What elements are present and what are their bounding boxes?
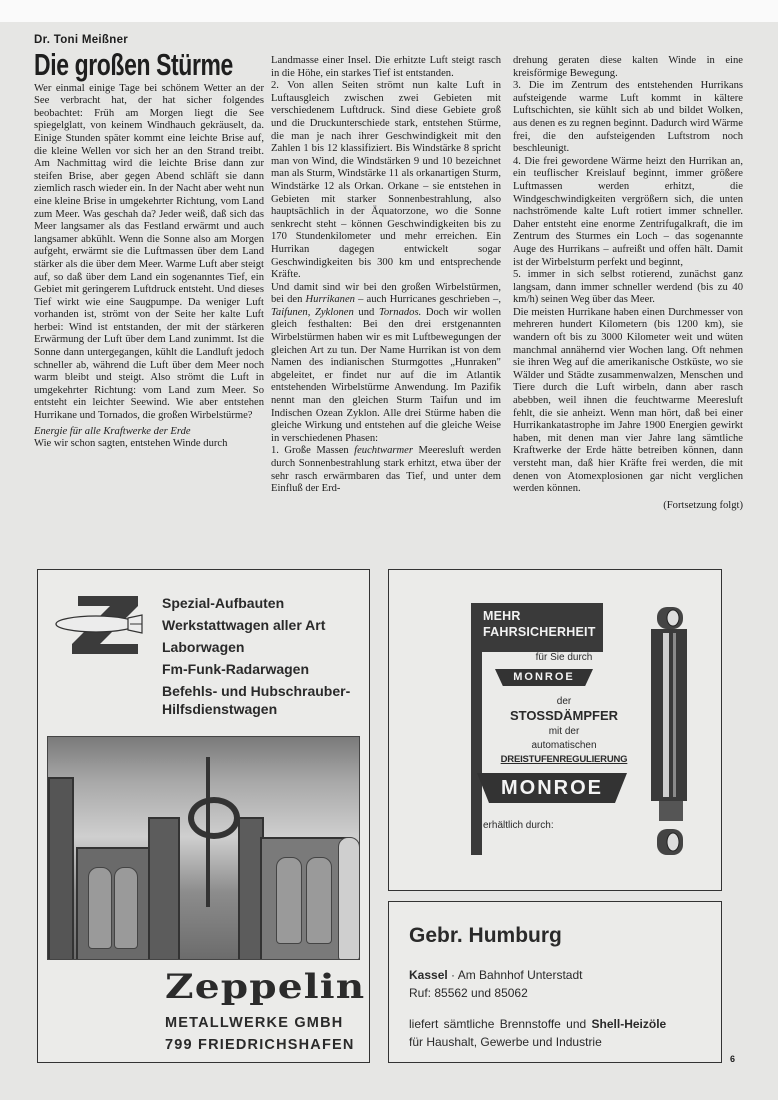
street: Am Bahnhof Unterstadt: [458, 968, 583, 982]
monroe-logo-small: MONROE: [495, 669, 593, 686]
der-text: der: [489, 696, 639, 707]
phone-line: Ruf: 85562 und 85062: [409, 986, 528, 1000]
article-column-1: Dr. Toni Meißner Die großen Stürme Wer e…: [34, 34, 264, 451]
text-run: Doch wir wollen gleich festhalten: Bei d…: [271, 307, 501, 444]
zeppelin-advertisement: Spezial-Aufbauten Werkstattwagen aller A…: [37, 569, 370, 1063]
monroe-logo-large: MONROE: [477, 773, 627, 803]
company-city: 799 FRIEDRICHSHAFEN: [165, 1034, 355, 1056]
paragraph: Landmasse einer Insel. Die erhitzte Luft…: [271, 55, 501, 80]
emphasis: feuchtwarmer: [354, 445, 413, 456]
paragraph: Wer einmal einige Tage bei schönem Wette…: [34, 83, 264, 423]
page-number: 6: [730, 1054, 735, 1064]
automatischen-text: automatischen: [489, 740, 639, 751]
company-name: METALLWERKE GMBH: [165, 1012, 355, 1034]
emphasis: Hurrikanen: [306, 294, 355, 305]
humburg-advertisement: Gebr. Humburg Kassel · Am Bahnhof Unters…: [388, 901, 722, 1063]
headline-line: FAHRSICHERHEIT: [483, 624, 603, 640]
product-name: STOSSDÄMPFER: [489, 708, 639, 723]
service-item: Spezial-Aufbauten: [162, 592, 350, 614]
text-run: – auch Hurricanes geschrieben –,: [355, 294, 501, 305]
offer-line-2: für Haushalt, Gewerbe und Industrie: [409, 1035, 602, 1049]
address-line: Kassel · Am Bahnhof Unterstadt: [409, 968, 582, 982]
emphasis: Taifunen, Zyklonen: [271, 307, 354, 318]
separator: ·: [448, 968, 458, 982]
headline-line: MEHR: [483, 608, 603, 624]
monroe-headline: MEHR FAHRSICHERHEIT: [471, 603, 603, 652]
paragraph: 2. Von allen Seiten strömt nun kalte Luf…: [271, 80, 501, 282]
article-column-2: Landmasse einer Insel. Die erhitzte Luft…: [271, 55, 501, 496]
subheading: Energie für alle Kraftwerke der Erde: [34, 426, 264, 439]
paragraph: 5. immer in sich selbst rotierend, zunäc…: [513, 269, 743, 307]
available-text: erhältlich durch:: [483, 820, 554, 831]
paragraph: 1. Große Massen feuchtwarmer Meeresluft …: [271, 445, 501, 495]
brand-highlight: Shell-Heizöle: [592, 1017, 667, 1031]
scan-top-margin: [0, 0, 778, 22]
company-info: METALLWERKE GMBH 799 FRIEDRICHSHAFEN: [165, 1012, 355, 1056]
services-list: Spezial-Aufbauten Werkstattwagen aller A…: [162, 592, 350, 720]
text-run: liefert sämtliche Brennstoffe und: [409, 1017, 592, 1031]
paragraph: Die meisten Hurrikane haben einen Durchm…: [513, 307, 743, 496]
continued-note: (Fortsetzung folgt): [513, 500, 743, 513]
emphasis: Tornados.: [379, 307, 421, 318]
zeppelin-z-logo-icon: [54, 596, 152, 654]
service-item: Fm-Funk-Radarwagen: [162, 658, 350, 680]
offer-line: liefert sämtliche Brennstoffe und Shell-…: [409, 1017, 666, 1031]
article-title: Die großen Stürme: [34, 47, 204, 83]
for-you-text: für Sie durch: [489, 652, 639, 663]
service-item: Laborwagen: [162, 636, 350, 658]
mit-der-text: mit der: [489, 726, 639, 737]
paragraph: Wie wir schon sagten, entstehen Winde du…: [34, 438, 264, 451]
shock-absorber-icon: [647, 607, 691, 857]
vehicle-interior-photo: [47, 736, 360, 960]
feature-text: DREISTUFENREGULIERUNG: [489, 754, 639, 765]
text-run: 1. Große Massen: [271, 445, 354, 456]
zeppelin-brand: Zeppelin: [165, 967, 365, 1007]
paragraph: Und damit sind wir bei den großen Wirbel…: [271, 282, 501, 446]
service-item: Werkstattwagen aller Art: [162, 614, 350, 636]
monroe-advertisement: MEHR FAHRSICHERHEIT für Sie durch MONROE…: [388, 569, 722, 891]
paragraph: 4. Die frei gewordene Wärme heizt den Hu…: [513, 156, 743, 269]
city: Kassel: [409, 968, 448, 982]
article-column-3: drehung geraten diese kalten Winde in ei…: [513, 55, 743, 512]
paragraph: 3. Die im Zentrum des entstehenden Hurri…: [513, 80, 743, 156]
paragraph: drehung geraten diese kalten Winde in ei…: [513, 55, 743, 80]
company-name: Gebr. Humburg: [409, 924, 562, 948]
text-run: und: [354, 307, 379, 318]
author-byline: Dr. Toni Meißner: [34, 34, 264, 47]
